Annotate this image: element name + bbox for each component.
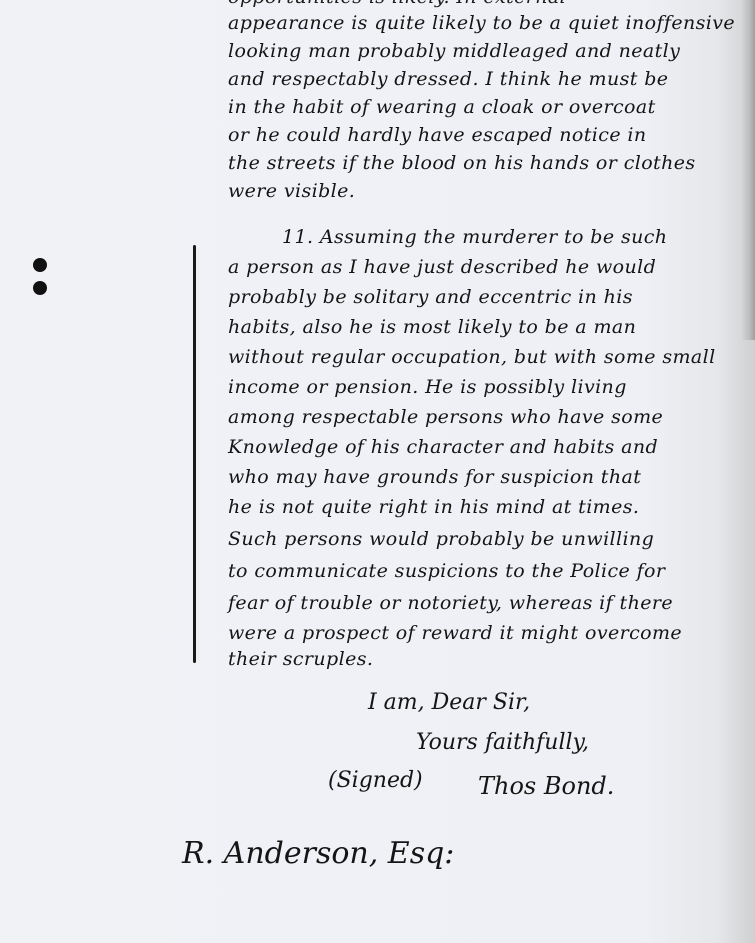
text-line: fear of trouble or notoriety, whereas if… <box>228 594 673 613</box>
text-line: among respectable persons who have some <box>228 408 663 427</box>
punch-hole-icon <box>33 258 47 272</box>
text-line: income or pension. He is possibly living <box>228 378 627 397</box>
text-line: looking man probably middleaged and neat… <box>228 42 680 61</box>
text-line: without regular occupation, but with som… <box>228 348 716 367</box>
letter-page: opportunities is likely. In external app… <box>0 0 755 943</box>
text-line: who may have grounds for suspicion that <box>228 468 641 487</box>
text-line: in the habit of wearing a cloak or overc… <box>228 98 656 117</box>
closing-salutation: I am, Dear Sir, <box>368 690 530 715</box>
text-line: Knowledge of his character and habits an… <box>228 438 658 457</box>
text-line: were visible. <box>228 182 355 201</box>
text-line: were a prospect of reward it might overc… <box>228 624 682 643</box>
text-line: or he could hardly have escaped notice i… <box>228 126 647 145</box>
text-line: their scruples. <box>228 650 373 669</box>
closing-valediction: Yours faithfully, <box>416 730 589 755</box>
text-line: he is not quite right in his mind at tim… <box>228 498 639 517</box>
partial-top-line: opportunities is likely. In external <box>228 0 566 7</box>
text-line: appearance is quite likely to be a quiet… <box>228 14 735 33</box>
text-line: a person as I have just described he wou… <box>228 258 656 277</box>
text-line: probably be solitary and eccentric in hi… <box>228 288 633 307</box>
text-line: the streets if the blood on his hands or… <box>228 154 696 173</box>
margin-bracket-line <box>193 245 196 663</box>
addressee: R. Anderson, Esq: <box>182 836 454 871</box>
text-line: to communicate suspicions to the Police … <box>228 562 665 581</box>
text-line: Such persons would probably be unwilling <box>228 530 654 549</box>
signed-label: (Signed) <box>328 768 423 793</box>
text-line: 11. Assuming the murderer to be such <box>282 228 667 247</box>
punch-hole-icon <box>33 281 47 295</box>
text-line: and respectably dressed. I think he must… <box>228 70 668 89</box>
text-line: habits, also he is most likely to be a m… <box>228 318 636 337</box>
page-edge-shadow <box>741 0 755 340</box>
signature: Thos Bond. <box>478 772 614 800</box>
